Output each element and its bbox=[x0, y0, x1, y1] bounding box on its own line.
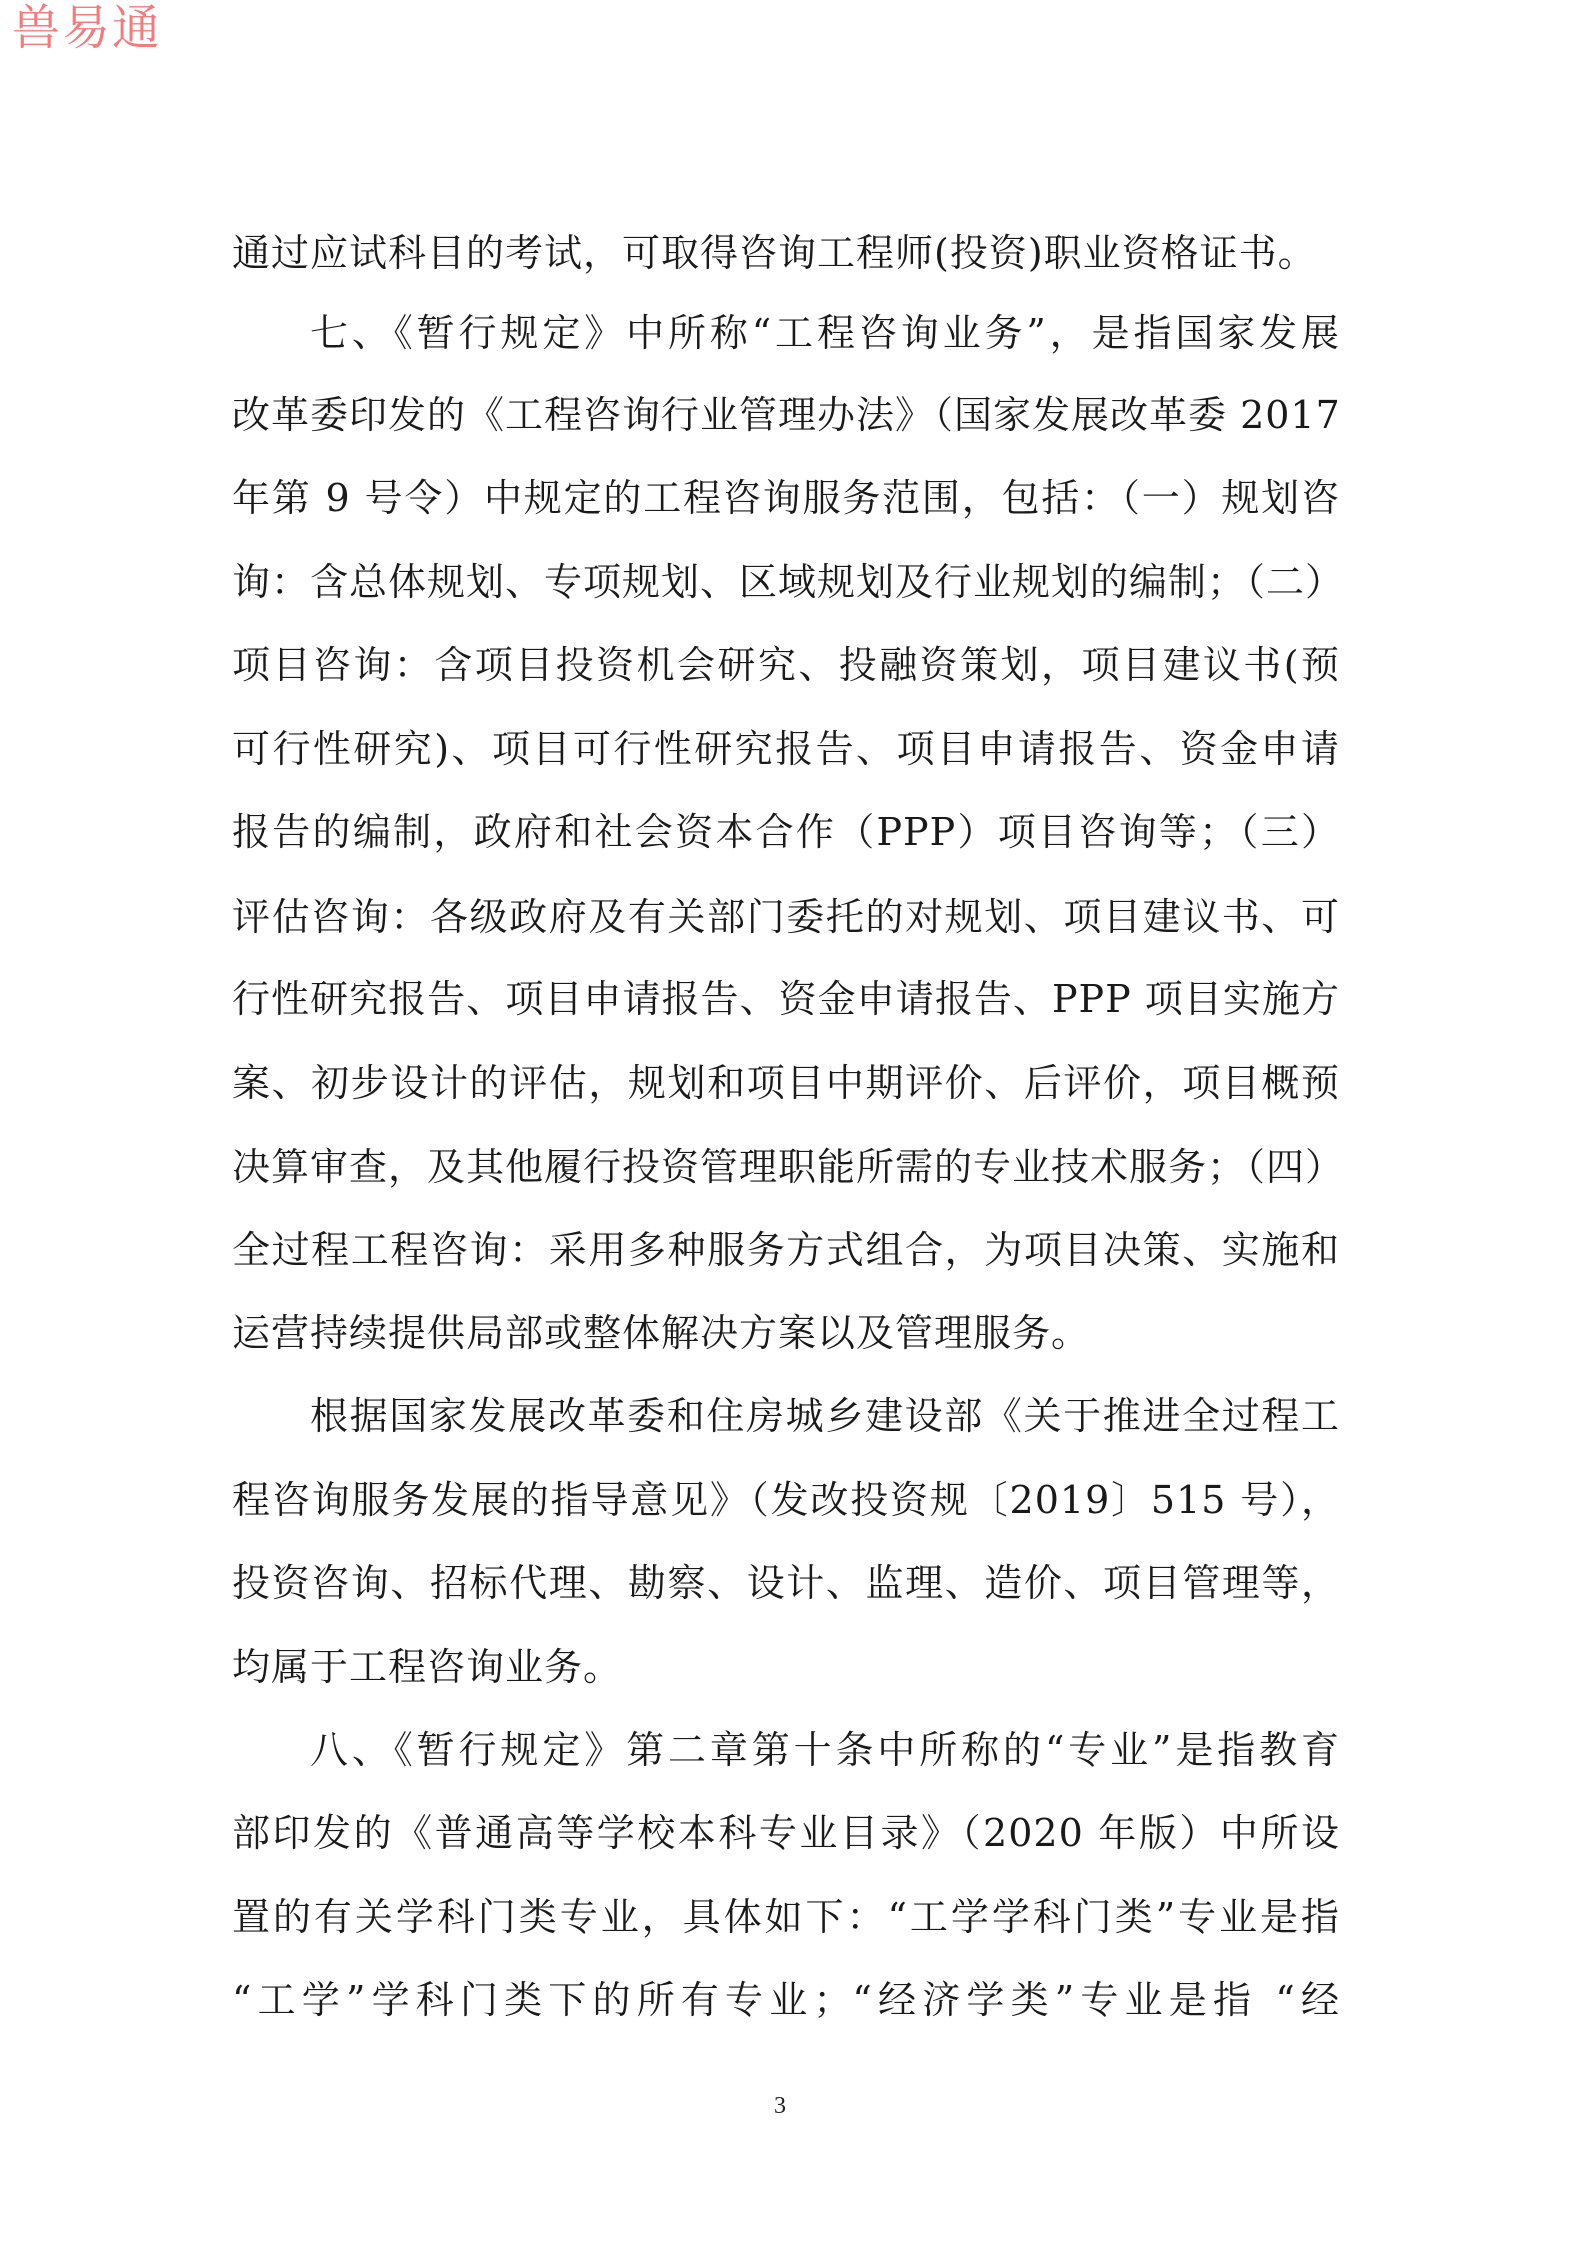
text-line: 改革委印发的《工程咨询行业管理办法》（国家发展改革委 2017 bbox=[232, 385, 1340, 445]
text-line: 置的有关学科门类专业，具体如下：“工学学科门类”专业是指 bbox=[232, 1887, 1340, 1947]
text-line: 七、《暂行规定》中所称“工程咨询业务”，是指国家发展 bbox=[310, 303, 1340, 363]
text-line: 均属于工程咨询业务。 bbox=[232, 1637, 1340, 1697]
text-line: 报告的编制，政府和社会资本合作（PPP）项目咨询等；（三） bbox=[232, 802, 1340, 862]
text-line: 程咨询服务发展的指导意见》（发改投资规〔2019〕515 号）， bbox=[232, 1470, 1340, 1530]
text-line: 可行性研究)、项目可行性研究报告、项目申请报告、资金申请 bbox=[232, 719, 1340, 779]
page-number: 3 bbox=[760, 2093, 800, 2120]
text-line: 部印发的《普通高等学校本科专业目录》（2020 年版）中所设 bbox=[232, 1803, 1340, 1863]
text-line: 询：含总体规划、专项规划、区域规划及行业规划的编制；（二） bbox=[232, 552, 1340, 612]
text-line: 通过应试科目的考试，可取得咨询工程师(投资)职业资格证书。 bbox=[232, 223, 1340, 283]
text-line: “工学”学科门类下的所有专业；“经济学类”专业是指 “经 bbox=[232, 1970, 1340, 2030]
text-line: 评估咨询：各级政府及有关部门委托的对规划、项目建议书、可 bbox=[232, 887, 1340, 947]
text-line: 年第 9 号令）中规定的工程咨询服务范围，包括：（一）规划咨 bbox=[232, 468, 1340, 528]
text-line: 根据国家发展改革委和住房城乡建设部《关于推进全过程工 bbox=[310, 1386, 1340, 1446]
text-line: 行性研究报告、项目申请报告、资金申请报告、PPP 项目实施方 bbox=[232, 969, 1340, 1029]
text-line: 全过程工程咨询：采用多种服务方式组合，为项目决策、实施和 bbox=[232, 1220, 1340, 1280]
text-line: 案、初步设计的评估，规划和项目中期评价、后评价，项目概预 bbox=[232, 1053, 1340, 1113]
text-line: 八、《暂行规定》第二章第十条中所称的“专业”是指教育 bbox=[310, 1720, 1340, 1780]
text-line: 决算审查，及其他履行投资管理职能所需的专业技术服务；（四） bbox=[232, 1137, 1340, 1197]
text-line: 投资咨询、招标代理、勘察、设计、监理、造价、项目管理等， bbox=[232, 1553, 1340, 1613]
document-page: 通过应试科目的考试，可取得咨询工程师(投资)职业资格证书。 七、《暂行规定》中所… bbox=[0, 0, 1588, 2245]
text-line: 运营持续提供局部或整体解决方案以及管理服务。 bbox=[232, 1303, 1340, 1363]
text-line: 项目咨询：含项目投资机会研究、投融资策划，项目建议书(预 bbox=[232, 635, 1340, 695]
